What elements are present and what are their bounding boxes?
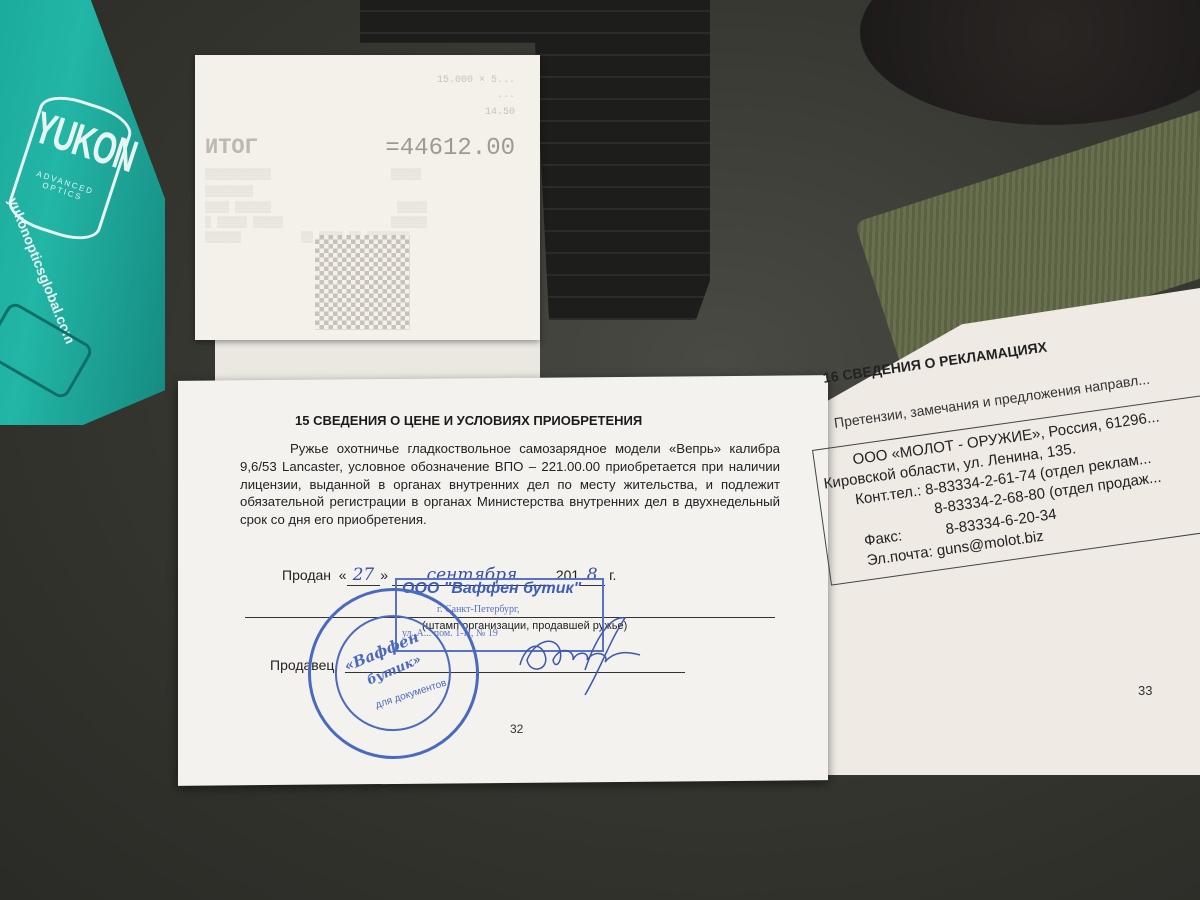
receipt-line: 15.000 × 5... [437, 75, 515, 86]
receipt: 15.000 × 5... ... 14.50 ИТОГ =44612.00 ▒… [195, 55, 540, 340]
qr-code [315, 235, 410, 330]
receipt-line: 14.50 [485, 107, 515, 118]
sold-day: 27 [347, 565, 381, 586]
receipt-total-label: ИТОГ [205, 135, 258, 160]
fax-label: Факс: [863, 527, 903, 549]
page-number-33: 33 [1138, 683, 1152, 698]
yukon-brand: YUKON [29, 106, 129, 177]
section-15-heading: 15 СВЕДЕНИЯ О ЦЕНЕ И УСЛОВИЯХ ПРИОБРЕТЕН… [295, 413, 642, 428]
receipt-line: ... [497, 90, 515, 101]
dark-sling [860, 0, 1200, 125]
signature [515, 610, 645, 700]
section-15-paragraph: Ружье охотничье гладкоствольное самозаря… [240, 440, 780, 529]
page-number-32: 32 [510, 722, 523, 736]
sold-label: Продан [282, 567, 331, 583]
receipt-total: =44612.00 [385, 135, 515, 162]
year-unit: г. [609, 567, 616, 583]
